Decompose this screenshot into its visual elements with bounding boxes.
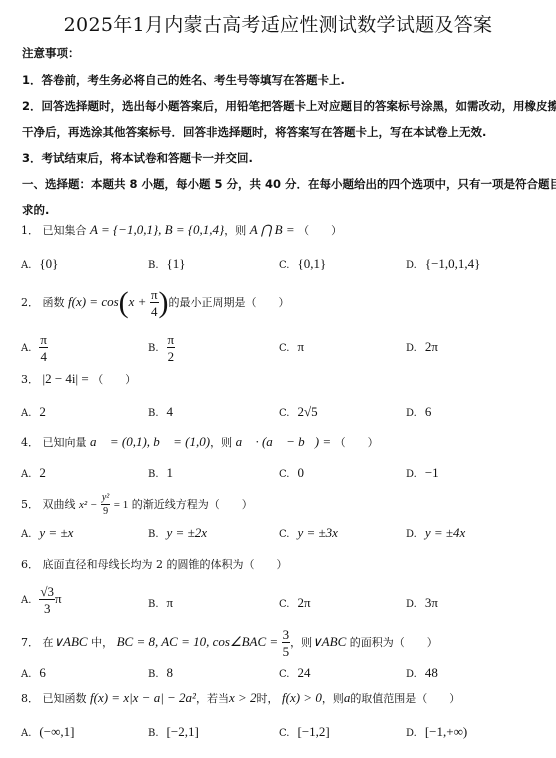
- option-label: D.: [406, 343, 417, 354]
- option-label: C.: [279, 408, 289, 419]
- option-a[interactable]: A.6: [21, 665, 46, 681]
- question-5: 5． 双曲线 x² − y²9 = 1 的渐近线方程为（ ）: [21, 493, 253, 517]
- option-d[interactable]: D.−1: [406, 465, 439, 481]
- option-label: A.: [21, 669, 31, 680]
- option-value: 0: [297, 465, 304, 480]
- option-label: A.: [21, 529, 31, 540]
- fraction: π4: [150, 288, 159, 318]
- option-value: y = ±2x: [167, 525, 207, 540]
- math-expression: f(x) = cos: [68, 294, 119, 309]
- option-a[interactable]: A.(−∞,1]: [21, 724, 74, 740]
- notes-heading: 注意事项：: [22, 45, 80, 61]
- math-expression: = 1: [114, 499, 128, 511]
- option-label: D.: [406, 529, 417, 540]
- option-label: D.: [406, 260, 417, 271]
- option-value: 2π: [425, 339, 438, 354]
- option-value: 24: [297, 665, 310, 680]
- option-value: 2: [39, 404, 46, 419]
- answer-blank: （ ）: [335, 436, 379, 449]
- math-expression: f(x) = x|x − a| − 2a²: [90, 690, 196, 705]
- option-a[interactable]: A.2: [21, 465, 46, 481]
- option-value: 1: [167, 465, 174, 480]
- option-b[interactable]: B.π2: [148, 333, 175, 363]
- option-b[interactable]: B.π: [148, 595, 173, 611]
- question-text: 已知向量: [43, 436, 87, 449]
- question-text: 函数: [43, 296, 65, 309]
- question-text: ，则: [322, 692, 344, 705]
- option-label: B.: [148, 408, 159, 419]
- fraction: y²9: [101, 493, 110, 517]
- option-value: 2: [39, 465, 46, 480]
- option-d[interactable]: D.6: [406, 404, 431, 420]
- option-label: B.: [148, 669, 159, 680]
- option-label: D.: [406, 669, 417, 680]
- option-c[interactable]: C.0: [279, 465, 304, 481]
- option-c[interactable]: C.{0,1}: [279, 256, 326, 272]
- question-number: 6．: [21, 558, 39, 571]
- option-a[interactable]: A.y = ±x: [21, 525, 73, 541]
- question-number: 3．: [21, 373, 39, 386]
- option-a[interactable]: A.π4: [21, 333, 48, 363]
- option-label: B.: [148, 529, 159, 540]
- option-label: B.: [148, 343, 159, 354]
- option-value: 6: [425, 404, 432, 419]
- option-b[interactable]: B.y = ±2x: [148, 525, 207, 541]
- note-item-2: 2．回答选择题时，选出每小题答案后，用铅笔把答题卡上对应题目的答案标号涂黑，如需…: [22, 98, 556, 114]
- question-number: 2．: [21, 296, 39, 309]
- option-value: [−1,2]: [297, 724, 329, 739]
- question-number: 1．: [21, 224, 39, 237]
- exam-page: 2025年1月内蒙古高考适应性测试数学试题及答案 注意事项： 1．答卷前，考生务…: [0, 0, 556, 758]
- option-value: (−∞,1]: [39, 724, 74, 739]
- note-item-3: 3．考试结束后，将本试卷和答题卡一并交回.: [22, 150, 253, 166]
- option-b[interactable]: B.8: [148, 665, 173, 681]
- fraction: π2: [167, 333, 176, 363]
- option-d[interactable]: D.3π: [406, 595, 438, 611]
- option-value: [−1,+∞): [425, 724, 467, 739]
- note-item-1: 1．答卷前，考生务必将自己的姓名、考生号等填写在答题卡上.: [22, 72, 345, 88]
- question-2: 2． 函数 f(x) = cos(x + π4)的最小正周期是（ ）: [21, 288, 290, 318]
- math-expression: ∨ABC: [312, 634, 346, 649]
- option-value: 4: [167, 404, 174, 419]
- option-value: π: [55, 591, 62, 606]
- option-label: B.: [148, 728, 159, 739]
- option-label: D.: [406, 469, 417, 480]
- question-1: 1． 已知集合 A = {−1,0,1}, B = {0,1,4}，则 A ⋂ …: [21, 222, 342, 238]
- option-label: C.: [279, 529, 289, 540]
- option-d[interactable]: D.y = ±4x: [406, 525, 465, 541]
- option-label: B.: [148, 260, 159, 271]
- question-6: 6． 底面直径和母线长均为 2 的圆锥的体积为（ ）: [21, 556, 288, 572]
- question-7: 7． 在∨ABC 中， BC = 8, AC = 10, cos∠BAC = 3…: [21, 628, 438, 658]
- option-c[interactable]: C.2π: [279, 595, 311, 611]
- fraction: π4: [39, 333, 48, 363]
- question-text: ，若当: [196, 692, 229, 705]
- note-item-2-cont: 干净后，再选涂其他答案标号．回答非选择题时，将答案写在答题卡上，写在本试卷上无效…: [22, 124, 486, 140]
- question-3: 3． |2 − 4i| = （ ）: [21, 371, 136, 387]
- option-label: C.: [279, 469, 289, 480]
- math-expression: f(x) > 0: [282, 690, 322, 705]
- math-expression: A ⋂ B =: [250, 222, 295, 237]
- fraction: 35: [282, 628, 291, 658]
- option-value: π: [297, 339, 304, 354]
- question-text: 中，: [91, 636, 113, 649]
- question-text: ，则: [224, 224, 246, 237]
- option-value: 8: [167, 665, 174, 680]
- math-expression: x > 2: [229, 690, 257, 705]
- option-value: y = ±3x: [297, 525, 337, 540]
- option-b[interactable]: B.[−2,1]: [148, 724, 199, 740]
- option-value: −1: [425, 465, 439, 480]
- math-expression: |2 − 4i| =: [43, 371, 89, 386]
- question-number: 5．: [21, 498, 39, 511]
- question-text: 双曲线: [43, 498, 76, 511]
- option-a[interactable]: A.2: [21, 404, 46, 420]
- option-d[interactable]: D.2π: [406, 339, 438, 355]
- question-text: 的面积为（ ）: [350, 636, 438, 649]
- option-value: 6: [39, 665, 46, 680]
- question-text: 底面直径和母线长均为 2 的圆锥的体积为（ ）: [43, 558, 288, 571]
- question-text: 的取值范围是（ ）: [350, 692, 460, 705]
- option-label: A.: [21, 260, 31, 271]
- option-label: B.: [148, 599, 159, 610]
- math-expression: a⃗ · (a⃗ − b⃗) =: [236, 434, 332, 449]
- question-text: 的最小正周期是（ ）: [169, 296, 290, 309]
- option-d[interactable]: D.48: [406, 665, 438, 681]
- option-value: {1}: [167, 256, 186, 271]
- math-expression: A = {−1,0,1}, B = {0,1,4}: [90, 222, 224, 237]
- option-label: C.: [279, 260, 289, 271]
- option-d[interactable]: D.[−1,+∞): [406, 724, 467, 740]
- option-b[interactable]: B.4: [148, 404, 173, 420]
- option-label: B.: [148, 469, 159, 480]
- section-heading: 一、选择题：本题共 8 小题，每小题 5 分，共 40 分．在每小题给出的四个选…: [22, 176, 556, 192]
- option-c[interactable]: C.2√5: [279, 404, 318, 420]
- fraction: √33: [39, 585, 55, 615]
- option-label: A.: [21, 728, 31, 739]
- question-text: 在: [43, 636, 54, 649]
- option-value: 48: [425, 665, 438, 680]
- option-c[interactable]: C.y = ±3x: [279, 525, 338, 541]
- option-b[interactable]: B.1: [148, 465, 173, 481]
- math-expression: ∨ABC: [54, 634, 88, 649]
- page-title: 2025年1月内蒙古高考适应性测试数学试题及答案: [0, 10, 556, 37]
- question-text: 已知函数: [43, 692, 87, 705]
- option-c[interactable]: C.[−1,2]: [279, 724, 330, 740]
- option-value: [−2,1]: [167, 724, 199, 739]
- question-number: 7．: [21, 636, 39, 649]
- option-label: A.: [21, 343, 31, 354]
- option-label: A.: [21, 408, 31, 419]
- option-b[interactable]: B.{1}: [148, 256, 186, 272]
- question-text: ，则: [290, 636, 312, 649]
- option-value: {−1,0,1,4}: [425, 256, 481, 271]
- question-number: 8．: [21, 692, 39, 705]
- option-label: A.: [21, 595, 31, 606]
- option-value: 2π: [297, 595, 310, 610]
- question-text: 时，: [257, 692, 279, 705]
- option-value: {0}: [39, 256, 58, 271]
- section-heading-cont: 求的.: [22, 202, 49, 218]
- option-label: D.: [406, 408, 417, 419]
- option-c[interactable]: C.24: [279, 665, 310, 681]
- question-text: 已知集合: [43, 224, 87, 237]
- option-c[interactable]: C.π: [279, 339, 304, 355]
- question-8: 8． 已知函数 f(x) = x|x − a| − 2a²，若当x > 2时， …: [21, 690, 460, 706]
- option-value: π: [167, 595, 174, 610]
- option-label: C.: [279, 728, 289, 739]
- option-value: y = ±4x: [425, 525, 465, 540]
- math-expression: a⃗ = (0,1), b⃗ = (1,0): [90, 434, 210, 449]
- answer-blank: （ ）: [92, 373, 136, 386]
- option-value: 2√5: [297, 404, 317, 419]
- option-label: C.: [279, 343, 289, 354]
- option-label: D.: [406, 728, 417, 739]
- option-label: C.: [279, 669, 289, 680]
- option-d[interactable]: D.{−1,0,1,4}: [406, 256, 480, 272]
- option-a[interactable]: A.{0}: [21, 256, 58, 272]
- question-text: ，则: [210, 436, 232, 449]
- question-text: 的渐近线方程为（ ）: [132, 498, 253, 511]
- math-expression: BC = 8, AC = 10, cos∠BAC =: [117, 634, 279, 649]
- option-value: y = ±x: [39, 525, 73, 540]
- option-value: 3π: [425, 595, 438, 610]
- math-expression: x² −: [79, 499, 97, 511]
- option-a[interactable]: A.√33π: [21, 585, 62, 615]
- option-label: D.: [406, 599, 417, 610]
- answer-blank: （ ）: [298, 224, 342, 237]
- option-value: {0,1}: [297, 256, 326, 271]
- math-expression: x +: [129, 294, 147, 309]
- option-label: A.: [21, 469, 31, 480]
- question-number: 4．: [21, 436, 39, 449]
- question-4: 4． 已知向量 a⃗ = (0,1), b⃗ = (1,0)，则 a⃗ · (a…: [21, 434, 379, 450]
- option-label: C.: [279, 599, 289, 610]
